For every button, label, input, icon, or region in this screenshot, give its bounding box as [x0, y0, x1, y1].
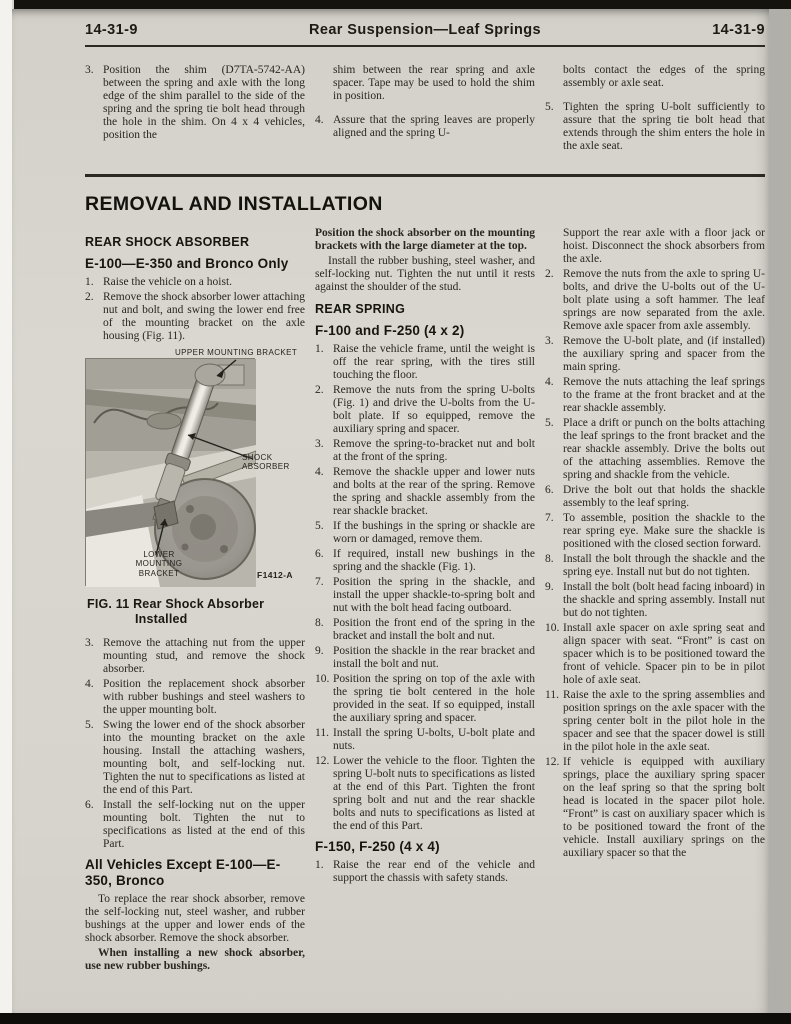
list-item-number: 1.	[85, 276, 103, 289]
list-item: 5.If the bushings in the spring or shack…	[315, 520, 535, 546]
list-item-number: 3.	[85, 637, 103, 676]
list-item-number: 12.	[545, 756, 563, 860]
list-item-text: Place a drift or punch on the bolts atta…	[563, 417, 765, 482]
list-item: 5.Swing the lower end of the shock absor…	[85, 719, 305, 797]
list-item-number: 3.	[85, 64, 103, 142]
list-item-text: Install axle spacer on axle spring seat …	[563, 622, 765, 687]
list-item-number: 4.	[545, 376, 563, 415]
list-item-text: Remove the nuts from the axle to spring …	[563, 268, 765, 333]
list-item-number: 5.	[545, 101, 563, 153]
variant-heading: F-100 and F-250 (4 x 2)	[315, 323, 535, 339]
page-number-right: 14-31-9	[712, 22, 765, 38]
list-item: 12.Lower the vehicle to the floor. Tight…	[315, 755, 535, 833]
list-item-text: Raise the axle to the spring assemblies …	[563, 689, 765, 754]
list-item: 2.Remove the shock absorber lower attach…	[85, 291, 305, 343]
list-item-text: If required, install new bushings in the…	[333, 548, 535, 574]
section-title: REMOVAL AND INSTALLATION	[85, 193, 765, 216]
list-item-text: Tighten the spring U-bolt sufficiently t…	[563, 101, 765, 153]
list-item-text: Install the spring U-bolts, U-bolt plate…	[333, 727, 535, 753]
list-item-number: 3.	[545, 335, 563, 374]
paragraph: Position the shock absorber on the mount…	[315, 227, 535, 253]
list-item: 3.Remove the U-bolt plate, and (if insta…	[545, 335, 765, 374]
list-item: 6.Drive the bolt out that holds the shac…	[545, 484, 765, 510]
list-item-text: bolts contact the edges of the spring as…	[563, 64, 765, 90]
scan-edge-left	[0, 0, 12, 1024]
list-item-number: 7.	[315, 576, 333, 615]
list-item: 10.Install axle spacer on axle spring se…	[545, 622, 765, 687]
list-item: 4.Position the replacement shock absorbe…	[85, 678, 305, 717]
list-item: 11.Raise the axle to the spring assembli…	[545, 689, 765, 754]
list-item-text: Position the spring on top of the axle w…	[333, 673, 535, 725]
paragraph: Support the rear axle with a floor jack …	[563, 227, 765, 266]
list-item: 11.Install the spring U-bolts, U-bolt pl…	[315, 727, 535, 753]
paragraph: Install the rubber bushing, steel washer…	[315, 255, 535, 294]
list-item-number: 6.	[315, 548, 333, 574]
list-item: 12.If vehicle is equipped with auxiliary…	[545, 756, 765, 860]
list-item-text: Install the self-locking nut on the uppe…	[103, 799, 305, 851]
list-item-number: 8.	[315, 617, 333, 643]
subsection-heading: REAR SHOCK ABSORBER	[85, 235, 305, 250]
list-item-number: 6.	[85, 799, 103, 851]
figure-caption-line1: FIG. 11 Rear Shock Absorber	[87, 597, 264, 613]
list-item-number: 3.	[315, 438, 333, 464]
list-item-number: 1.	[315, 859, 333, 885]
list-item-text: Install the bolt (bolt head facing inboa…	[563, 581, 765, 620]
variant-heading: F-150, F-250 (4 x 4)	[315, 839, 535, 855]
list-item: bolts contact the edges of the spring as…	[545, 64, 765, 90]
figure-label-shock-absorber: SHOCK ABSORBER	[242, 453, 298, 472]
page-title: Rear Suspension—Leaf Springs	[309, 22, 541, 38]
list-item: 10.Position the spring on top of the axl…	[315, 673, 535, 725]
list-item: 4.Remove the nuts attaching the leaf spr…	[545, 376, 765, 415]
list-item-text: Raise the vehicle on a hoist.	[103, 276, 305, 289]
figure-11-rear-shock-absorber: UPPER MOUNTING BRACKET	[85, 348, 305, 632]
list-item-number: 2.	[545, 268, 563, 333]
list-item: 2.Remove the nuts from the spring U-bolt…	[315, 384, 535, 436]
list-item: 3.Remove the attaching nut from the uppe…	[85, 637, 305, 676]
text-column: bolts contact the edges of the spring as…	[545, 64, 765, 164]
list-item-text: Remove the shock absorber lower attachin…	[103, 291, 305, 343]
figure-label-lower-mounting-bracket: LOWER MOUNTING BRACKET	[121, 550, 197, 579]
list-item-text: Remove the shackle upper and lower nuts …	[333, 466, 535, 518]
list-item-number: 9.	[545, 581, 563, 620]
text-column: shim between the rear spring and axle sp…	[315, 64, 535, 164]
list-item-number: 5.	[85, 719, 103, 797]
list-item-number: 5.	[545, 417, 563, 482]
variant-heading: E-100—E-350 and Bronco Only	[85, 256, 305, 272]
subsection-heading: REAR SPRING	[315, 302, 535, 317]
list-item-text: Raise the rear end of the vehicle and su…	[333, 859, 535, 885]
list-item-text: Remove the nuts from the spring U-bolts …	[333, 384, 535, 436]
figure-label-upper-mounting-bracket: UPPER MOUNTING BRACKET	[175, 348, 297, 358]
list-item-text: shim between the rear spring and axle sp…	[333, 64, 535, 103]
list-item: 3.Remove the spring-to-bracket nut and b…	[315, 438, 535, 464]
list-item: 7.Position the spring in the shackle, an…	[315, 576, 535, 615]
text-column: Support the rear axle with a floor jack …	[545, 227, 765, 975]
list-item: 5.Place a drift or punch on the bolts at…	[545, 417, 765, 482]
list-item-text: To assemble, position the shackle to the…	[563, 512, 765, 551]
list-item-text: Remove the nuts attaching the leaf sprin…	[563, 376, 765, 415]
list-item-number: 2.	[315, 384, 333, 436]
list-item: 8.Position the front end of the spring i…	[315, 617, 535, 643]
list-item: 6.Install the self-locking nut on the up…	[85, 799, 305, 851]
list-item-text: Remove the attaching nut from the upper …	[103, 637, 305, 676]
list-item-text: Position the replacement shock absorber …	[103, 678, 305, 717]
list-item-text: Swing the lower end of the shock absorbe…	[103, 719, 305, 797]
manual-page: 14-31-9 Rear Suspension—Leaf Springs 14-…	[12, 9, 769, 1013]
list-item-number: 8.	[545, 553, 563, 579]
list-item: 5.Tighten the spring U-bolt sufficiently…	[545, 101, 765, 153]
figure-caption: FIG. 11 Rear Shock Absorber Installed	[87, 597, 264, 628]
list-item-number: 11.	[545, 689, 563, 754]
figure-part-code: F1412-A	[257, 571, 293, 581]
list-item-text: Remove the spring-to-bracket nut and bol…	[333, 438, 535, 464]
main-section-columns: REAR SHOCK ABSORBERE-100—E-350 and Bronc…	[85, 227, 765, 975]
list-item-number: 4.	[315, 114, 333, 140]
list-item-text: Raise the vehicle frame, until the weigh…	[333, 343, 535, 382]
list-item-number: 9.	[315, 645, 333, 671]
top-section-columns: 3.Position the shim (D7TA-5742-AA) betwe…	[85, 64, 765, 164]
list-item-number: 1.	[315, 343, 333, 382]
list-item-text: If vehicle is equipped with auxiliary sp…	[563, 756, 765, 860]
list-item-text: Position the spring in the shackle, and …	[333, 576, 535, 615]
list-item-number: 10.	[545, 622, 563, 687]
list-item-text: Position the shim (D7TA-5742-AA) between…	[103, 64, 305, 142]
list-item-number: 6.	[545, 484, 563, 510]
list-item-text: Install the bolt through the shackle and…	[563, 553, 765, 579]
list-item-number: 4.	[315, 466, 333, 518]
list-item: 9.Install the bolt (bolt head facing inb…	[545, 581, 765, 620]
paragraph: When installing a new shock absorber, us…	[85, 947, 305, 973]
page-content: 14-31-9 Rear Suspension—Leaf Springs 14-…	[85, 22, 765, 975]
list-item-text: Drive the bolt out that holds the shackl…	[563, 484, 765, 510]
list-item-number: 12.	[315, 755, 333, 833]
list-item-text: Remove the U-bolt plate, and (if install…	[563, 335, 765, 374]
scan-edge-bottom	[0, 1013, 791, 1024]
list-item-number: 10.	[315, 673, 333, 725]
list-item: 1.Raise the vehicle on a hoist.	[85, 276, 305, 289]
scan-edge-right	[769, 0, 791, 1024]
list-item: 8.Install the bolt through the shackle a…	[545, 553, 765, 579]
list-item: 6.If required, install new bushings in t…	[315, 548, 535, 574]
page-header: 14-31-9 Rear Suspension—Leaf Springs 14-…	[85, 22, 765, 47]
list-item-number: 2.	[85, 291, 103, 343]
list-item-text: Assure that the spring leaves are proper…	[333, 114, 535, 140]
list-item: 1.Raise the rear end of the vehicle and …	[315, 859, 535, 885]
list-item-text: Position the front end of the spring in …	[333, 617, 535, 643]
text-column: Position the shock absorber on the mount…	[315, 227, 535, 975]
section-divider-rule	[85, 174, 765, 177]
list-item-number: 11.	[315, 727, 333, 753]
list-item-number: 7.	[545, 512, 563, 551]
list-item: 7.To assemble, position the shackle to t…	[545, 512, 765, 551]
list-item: 4.Remove the shackle upper and lower nut…	[315, 466, 535, 518]
list-item: 4.Assure that the spring leaves are prop…	[315, 114, 535, 140]
list-item-text: Position the shackle in the rear bracket…	[333, 645, 535, 671]
figure-caption-line2: Installed	[135, 612, 264, 628]
paragraph: To replace the rear shock absorber, remo…	[85, 893, 305, 945]
variant-heading: All Vehicles Except E-100—E-350, Bronco	[85, 857, 305, 889]
list-item-text: If the bushings in the spring or shackle…	[333, 520, 535, 546]
scan-edge-top	[14, 0, 791, 9]
list-item: 9.Position the shackle in the rear brack…	[315, 645, 535, 671]
list-item-number	[545, 64, 563, 90]
list-item-text: Lower the vehicle to the floor. Tighten …	[333, 755, 535, 833]
list-item-number: 5.	[315, 520, 333, 546]
list-item: 3.Position the shim (D7TA-5742-AA) betwe…	[85, 64, 305, 142]
text-column: REAR SHOCK ABSORBERE-100—E-350 and Bronc…	[85, 227, 305, 975]
list-item-number	[315, 64, 333, 103]
text-column: 3.Position the shim (D7TA-5742-AA) betwe…	[85, 64, 305, 164]
page-number-left: 14-31-9	[85, 22, 138, 38]
list-item-number: 4.	[85, 678, 103, 717]
list-item: shim between the rear spring and axle sp…	[315, 64, 535, 103]
list-item: 2.Remove the nuts from the axle to sprin…	[545, 268, 765, 333]
list-item: 1.Raise the vehicle frame, until the wei…	[315, 343, 535, 382]
